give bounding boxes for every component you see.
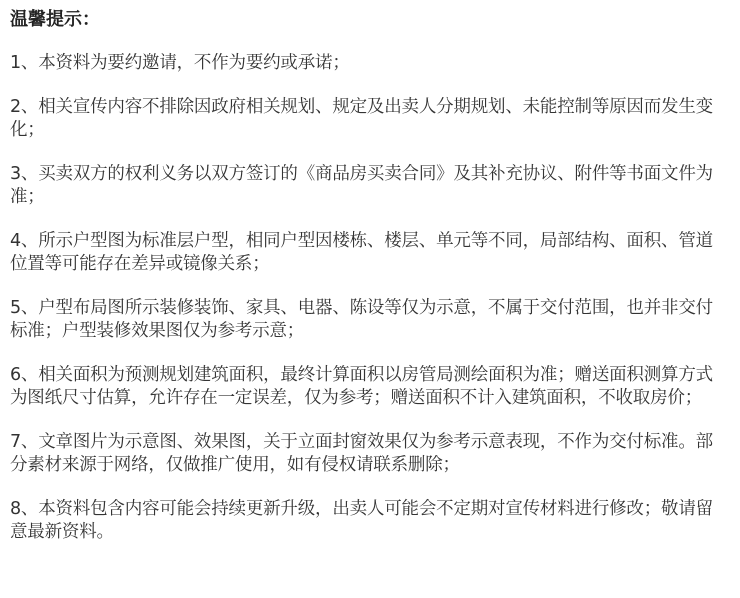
disclaimer-item-2: 2、相关宣传内容不排除因政府相关规划、规定及出卖人分期规划、未能控制等原因而发生… bbox=[10, 96, 730, 142]
disclaimer-item-8: 8、本资料包含内容可能会持续更新升级，出卖人可能会不定期对宣传材料进行修改；敬请… bbox=[10, 498, 730, 544]
disclaimer-item-6: 6、相关面积为预测规划建筑面积，最终计算面积以房管局测绘面积为准；赠送面积测算方… bbox=[10, 364, 730, 410]
disclaimer-item-1: 1、本资料为要约邀请，不作为要约或承诺； bbox=[10, 52, 730, 75]
document-title: 温馨提示： bbox=[10, 8, 730, 32]
disclaimer-document: 温馨提示： 1、本资料为要约邀请，不作为要约或承诺； 2、相关宣传内容不排除因政… bbox=[0, 0, 740, 544]
disclaimer-item-3: 3、买卖双方的权利义务以双方签订的《商品房买卖合同》及其补充协议、附件等书面文件… bbox=[10, 163, 730, 209]
disclaimer-item-5: 5、户型布局图所示装修装饰、家具、电器、陈设等仅为示意，不属于交付范围，也并非交… bbox=[10, 297, 730, 343]
disclaimer-item-4: 4、所示户型图为标准层户型，相同户型因楼栋、楼层、单元等不同，局部结构、面积、管… bbox=[10, 230, 730, 276]
disclaimer-item-7: 7、文章图片为示意图、效果图，关于立面封窗效果仅为参考示意表现，不作为交付标准。… bbox=[10, 431, 730, 477]
